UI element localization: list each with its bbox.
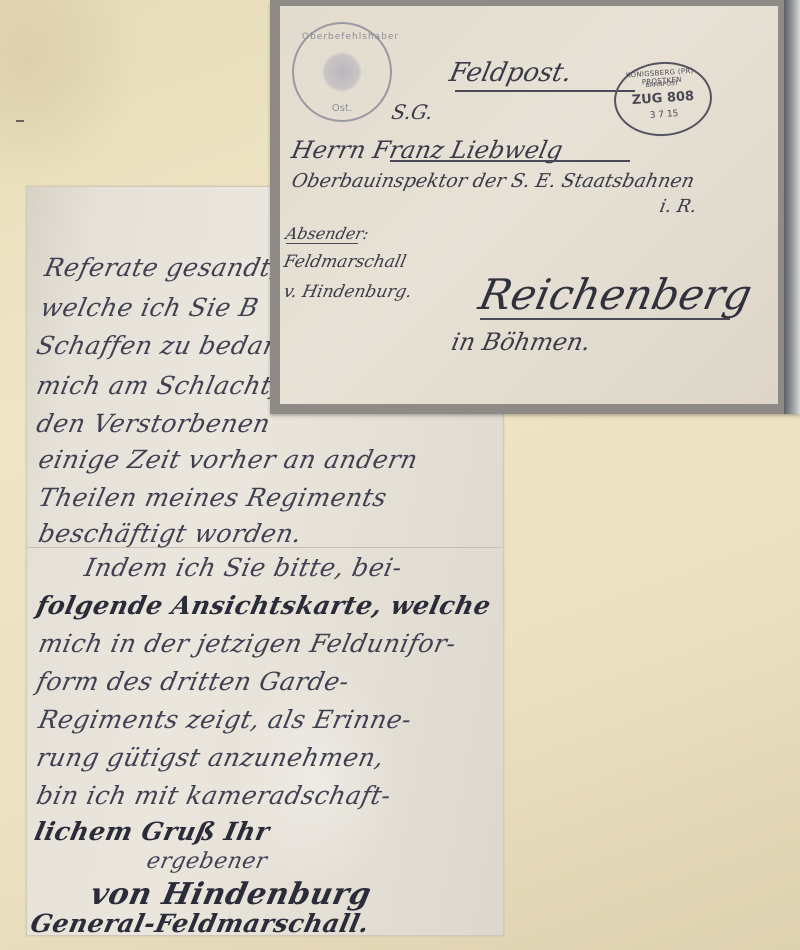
postmark-train-number: ZUG 808 [616, 88, 711, 110]
recipient-suffix: i. R. [658, 196, 699, 217]
mount-pencil-mark [16, 120, 24, 122]
sender-line-2: v. Hindenburg. [282, 282, 414, 302]
letter-line: Theilen meines Regiments [36, 483, 390, 512]
letter-line: beschäftigt worden. [36, 519, 305, 548]
destination-region: in Böhmen. [449, 328, 593, 356]
city-underline [480, 318, 730, 320]
sender-label-underline [286, 243, 358, 244]
command-seal-stamp: Oberbefehlshaber Ost. [292, 22, 392, 122]
letter-line: Regiments zeigt, als Erinne- [36, 705, 414, 734]
letter-line: ergebener [144, 849, 269, 874]
letter-line: welche ich Sie B [38, 293, 261, 322]
seal-top-text: Oberbefehlshaber [302, 32, 382, 42]
signature: von Hindenburg [87, 877, 374, 912]
destination-city: Reichenberg [475, 270, 757, 319]
letter-line: bin ich mit kameradschaft- [34, 781, 394, 810]
signature-title: General-Feldmarschall. [28, 909, 372, 938]
letter-line: folgende Ansichtskarte, welche [34, 591, 494, 620]
sender-label: Absender: [284, 224, 371, 243]
recipient-title: Oberbauinspektor der S. E. Staatsbahnen [290, 170, 697, 192]
seal-bottom-text: Ost. [294, 103, 390, 114]
mount-background-shade [0, 0, 140, 190]
envelope-heading: Feldpost. [447, 58, 575, 88]
letter-line: Indem ich Sie bitte, bei- [82, 553, 405, 582]
sender-line-1: Feldmarschall [282, 252, 408, 272]
letter-line: mich in der jetzigen Feldunifor- [36, 629, 459, 658]
letter-line: den Verstorbenen [34, 409, 273, 438]
salutation-abbrev: S.G. [389, 100, 435, 124]
plastic-sleeve-edge [784, 0, 800, 414]
letter-line: rung gütigst anzunehmen, [34, 743, 387, 772]
postmark-date: 3 7 15 [617, 107, 711, 124]
letter-line: einige Zeit vorher an andern [36, 445, 421, 474]
recipient-underline [390, 160, 630, 162]
eagle-emblem-icon [322, 52, 362, 92]
heading-underline [455, 90, 635, 92]
letter-line: lichem Gruß Ihr [32, 817, 273, 846]
letter-line: form des dritten Garde- [34, 667, 352, 696]
